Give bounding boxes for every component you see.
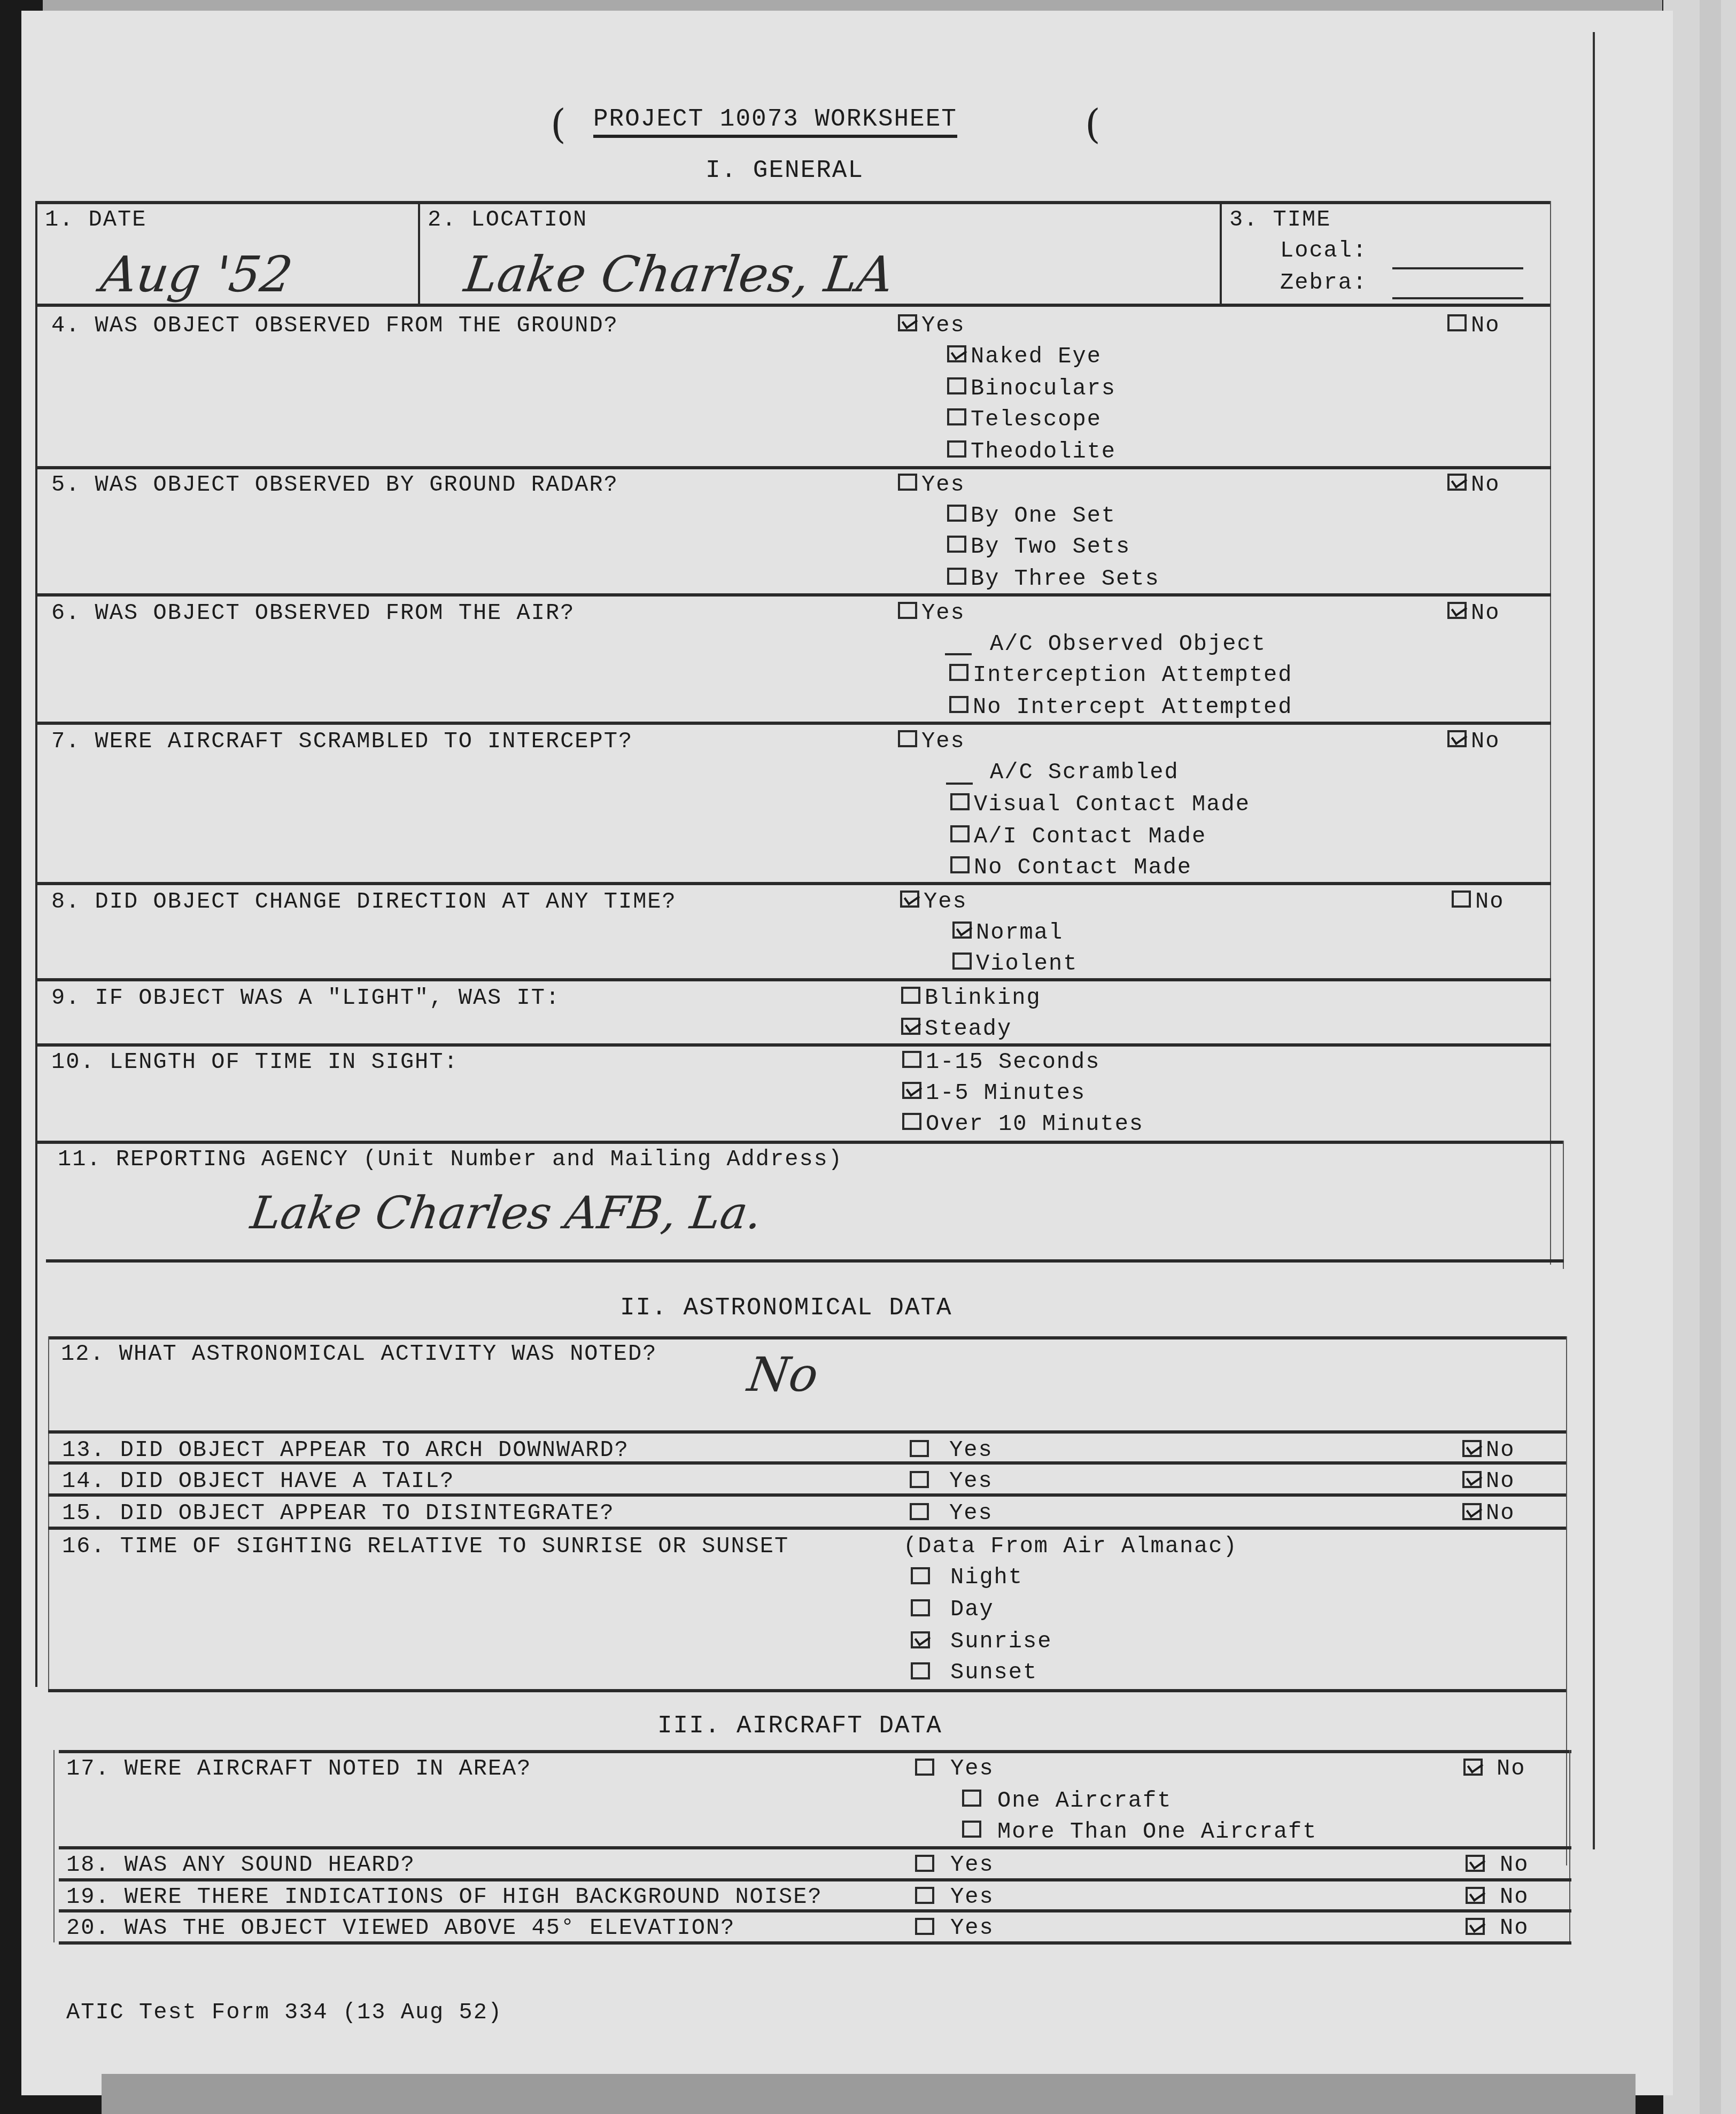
- interception-attempted-checkbox[interactable]: [949, 664, 968, 681]
- violent-label: Violent: [976, 953, 1078, 975]
- question-16-label: 16. TIME OF SIGHTING RELATIVE TO SUNRISE…: [62, 1535, 789, 1558]
- q14-no-label: No: [1486, 1470, 1515, 1492]
- q15-no-label: No: [1486, 1502, 1515, 1524]
- q4-yes-checkbox[interactable]: [898, 314, 917, 331]
- divider: [59, 1878, 1571, 1881]
- theodolite-label: Theodolite: [971, 440, 1116, 463]
- q13-no-checkbox[interactable]: [1462, 1440, 1482, 1457]
- q15-no-checkbox[interactable]: [1462, 1503, 1482, 1520]
- sunrise-label: Sunrise: [950, 1630, 1052, 1653]
- sunset-label: Sunset: [950, 1661, 1037, 1684]
- divider: [48, 1493, 1566, 1497]
- seconds-checkbox[interactable]: [902, 1051, 921, 1068]
- scan-edge-right-fold: [1700, 0, 1721, 2114]
- divider: [48, 1527, 1566, 1530]
- ai-contact-checkbox[interactable]: [950, 825, 970, 842]
- divider: [35, 722, 1551, 725]
- steady-label: Steady: [925, 1018, 1012, 1040]
- q13-yes-checkbox[interactable]: [910, 1440, 929, 1457]
- astronomical-activity-field[interactable]: No: [745, 1347, 821, 1402]
- question-14-label: 14. DID OBJECT HAVE A TAIL?: [62, 1470, 455, 1492]
- question-4-label: 4. WAS OBJECT OBSERVED FROM THE GROUND?: [51, 314, 618, 337]
- q6-yes-checkbox[interactable]: [898, 602, 917, 619]
- divider: [35, 304, 1551, 307]
- two-sets-checkbox[interactable]: [947, 536, 966, 553]
- q6-no-label: No: [1471, 602, 1500, 624]
- two-sets-label: By Two Sets: [971, 536, 1130, 558]
- box-left-border: [35, 201, 37, 1687]
- more-aircraft-checkbox[interactable]: [962, 1821, 981, 1838]
- q6-yes-label: Yes: [921, 602, 965, 624]
- question-19-label: 19. WERE THERE INDICATIONS OF HIGH BACKG…: [66, 1886, 823, 1908]
- divider: [35, 466, 1551, 469]
- q13-no-label: No: [1486, 1439, 1515, 1461]
- q13-yes-label: Yes: [949, 1439, 993, 1461]
- binoculars-checkbox[interactable]: [947, 377, 966, 394]
- q14-yes-label: Yes: [949, 1470, 993, 1492]
- day-checkbox[interactable]: [911, 1599, 930, 1616]
- visual-contact-label: Visual Contact Made: [974, 793, 1250, 816]
- bracket-mark: (: [1085, 102, 1100, 148]
- divider: [59, 1750, 1571, 1753]
- q7-yes-label: Yes: [921, 730, 965, 753]
- no-contact-label: No Contact Made: [974, 856, 1192, 879]
- divider: [48, 1461, 1566, 1465]
- one-aircraft-label: One Aircraft: [997, 1790, 1172, 1812]
- minutes-label: 1-5 Minutes: [926, 1082, 1086, 1104]
- box-right-border: [1550, 201, 1551, 1265]
- q7-no-checkbox[interactable]: [1447, 730, 1467, 747]
- naked-eye-checkbox[interactable]: [947, 345, 966, 362]
- divider: [418, 201, 420, 304]
- reporting-agency-field[interactable]: Lake Charles AFB, La.: [247, 1187, 765, 1239]
- seconds-label: 1-15 Seconds: [926, 1051, 1100, 1073]
- one-set-checkbox[interactable]: [947, 505, 966, 522]
- telescope-checkbox[interactable]: [947, 408, 966, 425]
- q8-yes-checkbox[interactable]: [900, 890, 919, 908]
- q20-no-checkbox[interactable]: [1466, 1918, 1485, 1935]
- location-label: 2. LOCATION: [428, 208, 587, 231]
- no-intercept-checkbox[interactable]: [949, 696, 968, 713]
- divider: [35, 1043, 1551, 1047]
- q18-no-label: No: [1500, 1854, 1529, 1876]
- divider: [48, 1689, 1566, 1692]
- ac-observed-blank[interactable]: [945, 653, 972, 655]
- section-heading-general: I. GENERAL: [706, 158, 864, 183]
- interception-attempted-label: Interception Attempted: [973, 664, 1293, 686]
- no-contact-checkbox[interactable]: [950, 856, 970, 873]
- q19-no-label: No: [1500, 1886, 1529, 1908]
- question-8-label: 8. DID OBJECT CHANGE DIRECTION AT ANY TI…: [51, 890, 677, 913]
- question-12-label: 12. WHAT ASTRONOMICAL ACTIVITY WAS NOTED…: [61, 1343, 657, 1365]
- question-15-label: 15. DID OBJECT APPEAR TO DISINTEGRATE?: [62, 1502, 615, 1524]
- form-identifier: ATIC Test Form 334 (13 Aug 52): [66, 2001, 502, 2024]
- q4-no-checkbox[interactable]: [1447, 314, 1467, 331]
- divider: [59, 1846, 1571, 1849]
- naked-eye-label: Naked Eye: [971, 345, 1102, 368]
- three-sets-label: By Three Sets: [971, 568, 1160, 590]
- ac-observed-label: A/C Observed Object: [990, 633, 1266, 655]
- q8-no-label: No: [1475, 890, 1504, 913]
- time-local-label: Local:: [1280, 239, 1367, 262]
- sunrise-checkbox[interactable]: [911, 1631, 930, 1648]
- question-16-note: (Data From Air Almanac): [903, 1535, 1238, 1558]
- question-6-label: 6. WAS OBJECT OBSERVED FROM THE AIR?: [51, 602, 575, 624]
- q20-no-label: No: [1500, 1917, 1529, 1939]
- q6-no-checkbox[interactable]: [1447, 602, 1467, 619]
- date-field[interactable]: Aug '52: [97, 246, 296, 303]
- time-zebra-field[interactable]: [1392, 297, 1523, 299]
- one-aircraft-checkbox[interactable]: [962, 1790, 981, 1807]
- q19-no-checkbox[interactable]: [1466, 1887, 1485, 1904]
- night-label: Night: [950, 1566, 1023, 1589]
- section-heading-aircraft: III. AIRCRAFT DATA: [657, 1714, 942, 1738]
- q15-yes-checkbox[interactable]: [910, 1503, 929, 1520]
- ac-scrambled-label: A/C Scrambled: [990, 761, 1179, 784]
- time-label: 3. TIME: [1229, 208, 1331, 231]
- q19-yes-label: Yes: [950, 1886, 994, 1908]
- q5-yes-label: Yes: [921, 474, 965, 496]
- q20-yes-label: Yes: [950, 1917, 994, 1939]
- section-heading-astronomical: II. ASTRONOMICAL DATA: [620, 1296, 952, 1320]
- q17-yes-checkbox[interactable]: [915, 1759, 934, 1776]
- divider: [35, 882, 1551, 885]
- more-aircraft-label: More Than One Aircraft: [997, 1821, 1317, 1843]
- no-intercept-label: No Intercept Attempted: [973, 696, 1293, 718]
- divider: [35, 201, 1551, 204]
- q8-no-checkbox[interactable]: [1452, 890, 1471, 908]
- question-17-label: 17. WERE AIRCRAFT NOTED IN AREA?: [66, 1757, 532, 1780]
- violent-checkbox[interactable]: [952, 953, 972, 970]
- divider: [48, 1430, 1566, 1434]
- question-13-label: 13. DID OBJECT APPEAR TO ARCH DOWNWARD?: [62, 1439, 629, 1461]
- divider: [35, 1141, 1564, 1144]
- divider: [35, 978, 1551, 981]
- binoculars-label: Binoculars: [971, 377, 1116, 400]
- time-local-field[interactable]: [1392, 267, 1523, 269]
- over-10-label: Over 10 Minutes: [926, 1113, 1144, 1135]
- q14-yes-checkbox[interactable]: [910, 1471, 929, 1488]
- question-20-label: 20. WAS THE OBJECT VIEWED ABOVE 45° ELEV…: [66, 1917, 735, 1939]
- normal-label: Normal: [976, 922, 1063, 944]
- q18-no-checkbox[interactable]: [1466, 1855, 1485, 1872]
- q7-yes-checkbox[interactable]: [898, 730, 917, 747]
- blinking-label: Blinking: [925, 987, 1041, 1009]
- minutes-checkbox[interactable]: [902, 1082, 921, 1099]
- divider: [59, 1941, 1571, 1945]
- q5-no-label: No: [1471, 474, 1500, 496]
- day-label: Day: [950, 1598, 994, 1621]
- q15-yes-label: Yes: [949, 1502, 993, 1524]
- page-edge-line: [1593, 32, 1595, 1849]
- night-checkbox[interactable]: [911, 1567, 930, 1584]
- question-5-label: 5. WAS OBJECT OBSERVED BY GROUND RADAR?: [51, 474, 618, 496]
- box-right-border: [1566, 1336, 1567, 1865]
- divider: [35, 593, 1551, 597]
- date-label: 1. DATE: [45, 208, 146, 231]
- normal-checkbox[interactable]: [952, 922, 972, 939]
- ac-scrambled-blank[interactable]: [946, 783, 973, 785]
- scan-shadow-bottom: [102, 2074, 1636, 2114]
- q19-yes-checkbox[interactable]: [915, 1887, 934, 1904]
- q17-yes-label: Yes: [950, 1757, 994, 1780]
- box-right-border: [1563, 1141, 1564, 1269]
- q7-no-label: No: [1471, 730, 1500, 753]
- q18-yes-label: Yes: [950, 1854, 994, 1876]
- question-10-label: 10. LENGTH OF TIME IN SIGHT:: [51, 1051, 459, 1073]
- q17-no-label: No: [1497, 1757, 1525, 1780]
- q17-no-checkbox[interactable]: [1463, 1759, 1483, 1776]
- q4-yes-label: Yes: [921, 314, 965, 337]
- question-18-label: 18. WAS ANY SOUND HEARD?: [66, 1854, 415, 1876]
- three-sets-checkbox[interactable]: [947, 568, 966, 585]
- q14-no-checkbox[interactable]: [1462, 1471, 1482, 1488]
- theodolite-checkbox[interactable]: [947, 440, 966, 458]
- divider: [46, 1259, 1564, 1263]
- divider: [48, 1336, 1566, 1339]
- q5-no-checkbox[interactable]: [1447, 474, 1467, 491]
- q4-no-label: No: [1471, 314, 1500, 337]
- question-9-label: 9. IF OBJECT WAS A "LIGHT", WAS IT:: [51, 987, 560, 1009]
- sunset-checkbox[interactable]: [911, 1662, 930, 1679]
- bracket-mark: (: [551, 102, 566, 148]
- q18-yes-checkbox[interactable]: [915, 1855, 934, 1872]
- divider: [1220, 201, 1222, 304]
- location-field[interactable]: Lake Charles, LA: [461, 246, 897, 303]
- steady-checkbox[interactable]: [901, 1018, 920, 1035]
- ai-contact-label: A/I Contact Made: [974, 825, 1206, 848]
- question-11-label: 11. REPORTING AGENCY (Unit Number and Ma…: [58, 1148, 843, 1171]
- time-zebra-label: Zebra:: [1280, 272, 1367, 294]
- q20-yes-checkbox[interactable]: [915, 1918, 934, 1935]
- divider: [59, 1909, 1571, 1912]
- visual-contact-checkbox[interactable]: [950, 793, 970, 810]
- over-10-checkbox[interactable]: [902, 1113, 921, 1130]
- question-7-label: 7. WERE AIRCRAFT SCRAMBLED TO INTERCEPT?: [51, 730, 633, 753]
- form-title: PROJECT 10073 WORKSHEET: [593, 107, 957, 138]
- box-left-border: [48, 1336, 49, 1689]
- one-set-label: By One Set: [971, 505, 1116, 527]
- q8-yes-label: Yes: [924, 890, 967, 913]
- telescope-label: Telescope: [971, 408, 1102, 431]
- blinking-checkbox[interactable]: [901, 987, 920, 1004]
- q5-yes-checkbox[interactable]: [898, 474, 917, 491]
- box-left-border: [53, 1750, 55, 1942]
